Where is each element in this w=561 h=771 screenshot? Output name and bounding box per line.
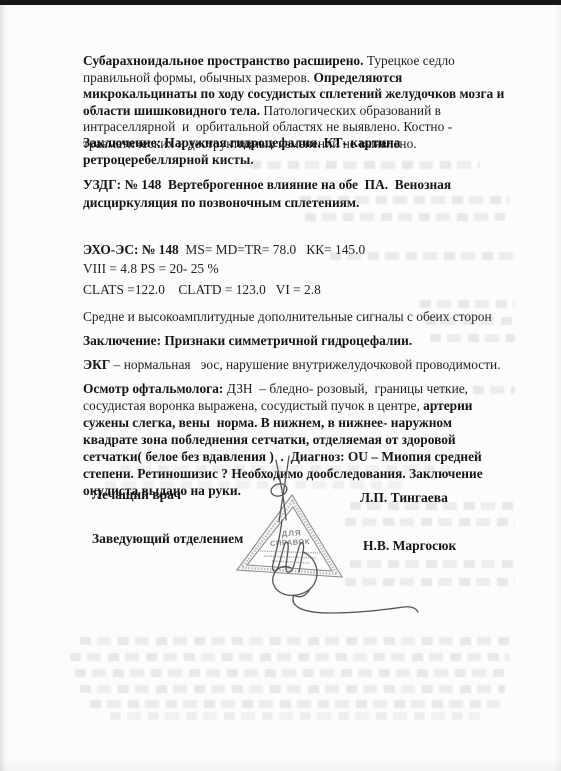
bleedthrough-ghost-line <box>345 518 515 526</box>
bleedthrough-ghost-line <box>250 161 480 169</box>
bleedthrough-ghost-line <box>350 560 515 568</box>
bleedthrough-ghost-line <box>435 386 515 394</box>
bleedthrough-ghost-line <box>80 685 505 693</box>
echo-es-label: ЭХО-ЭС: № 148 <box>83 242 179 257</box>
bleedthrough-ghost-line <box>305 213 505 221</box>
bleedthrough-ghost-line <box>80 637 510 645</box>
ophthalmology-run: Осмотр офтальмолога: <box>83 381 227 396</box>
bleedthrough-ghost-line <box>345 578 515 586</box>
scan-edge-bar <box>0 0 561 5</box>
ct-findings-run: Субарахноидальное пространство расширено… <box>83 53 367 68</box>
bleedthrough-ghost-line <box>425 317 515 325</box>
bleedthrough-ghost-line <box>75 669 510 677</box>
bleedthrough-ghost-line <box>70 653 510 661</box>
ekg-line: ЭКГ – нормальная эос, нарушение внутриже… <box>83 357 509 374</box>
scanned-medical-report-page: Субарахноидальное пространство расширено… <box>0 0 561 771</box>
echo-es-values-line2: VIII = 4.8 PS = 20- 25 % <box>83 261 219 276</box>
ekg-text: – нормальная эос, нарушение внутрижелудо… <box>110 357 500 372</box>
bleedthrough-ghost-line <box>105 481 405 489</box>
bleedthrough-ghost-line <box>430 334 515 342</box>
bleedthrough-ghost-line <box>350 502 515 510</box>
triangular-stamp: ДЛЯ СПРАВОК <box>218 446 528 641</box>
attending-doctor-role: Лечащий врач <box>92 487 181 503</box>
bleedthrough-ghost-line <box>300 196 510 204</box>
ekg-label: ЭКГ <box>83 357 110 372</box>
bleedthrough-ghost-line <box>120 465 450 473</box>
bleedthrough-ghost-line <box>90 700 500 708</box>
bleedthrough-ghost-line <box>110 712 480 720</box>
bleedthrough-ghost-line <box>420 300 515 308</box>
uzdg-paragraph: УЗДГ: № 148 Вертеброгенное влияние на об… <box>83 176 509 211</box>
bleedthrough-ghost-line <box>330 252 515 260</box>
clats-values-line: CLATS =122.0 CLATD = 123.0 VI = 2.8 <box>83 282 509 299</box>
